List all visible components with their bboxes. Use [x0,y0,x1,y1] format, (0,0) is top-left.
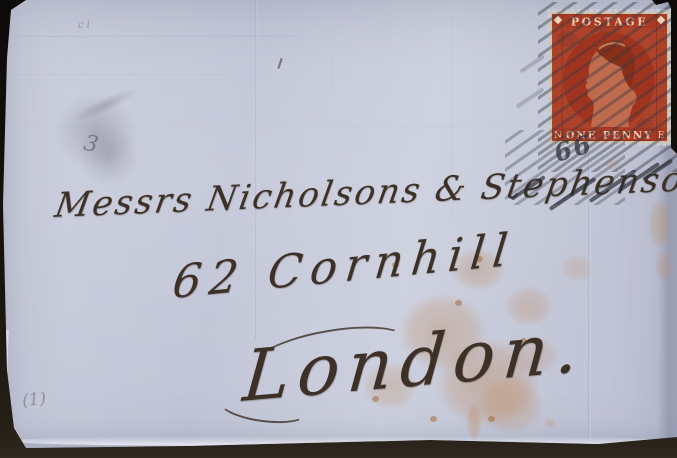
rust-stain [542,416,558,430]
foxing-speckle [488,416,495,422]
cover-scan: 3 ci Messrs Nicholsons & Stephenson 62 C… [0,0,677,458]
rust-stain [464,396,484,446]
faint-top-marks: ci [78,20,93,31]
bottom-paper-edge-highlight [20,436,660,446]
foxing-speckle [455,300,462,306]
pencil-annotation: (1) [21,389,47,411]
envelope-paper: 3 ci Messrs Nicholsons & Stephenson 62 C… [0,0,677,458]
left-paper-edge-highlight [0,330,8,430]
vertical-fold-crease [331,0,333,90]
horizontal-crease [18,36,298,38]
foxing-speckle [430,416,437,422]
ink-speck [277,58,282,69]
rust-stain [556,250,598,286]
horizontal-crease [8,74,228,76]
rust-stain [652,245,676,287]
